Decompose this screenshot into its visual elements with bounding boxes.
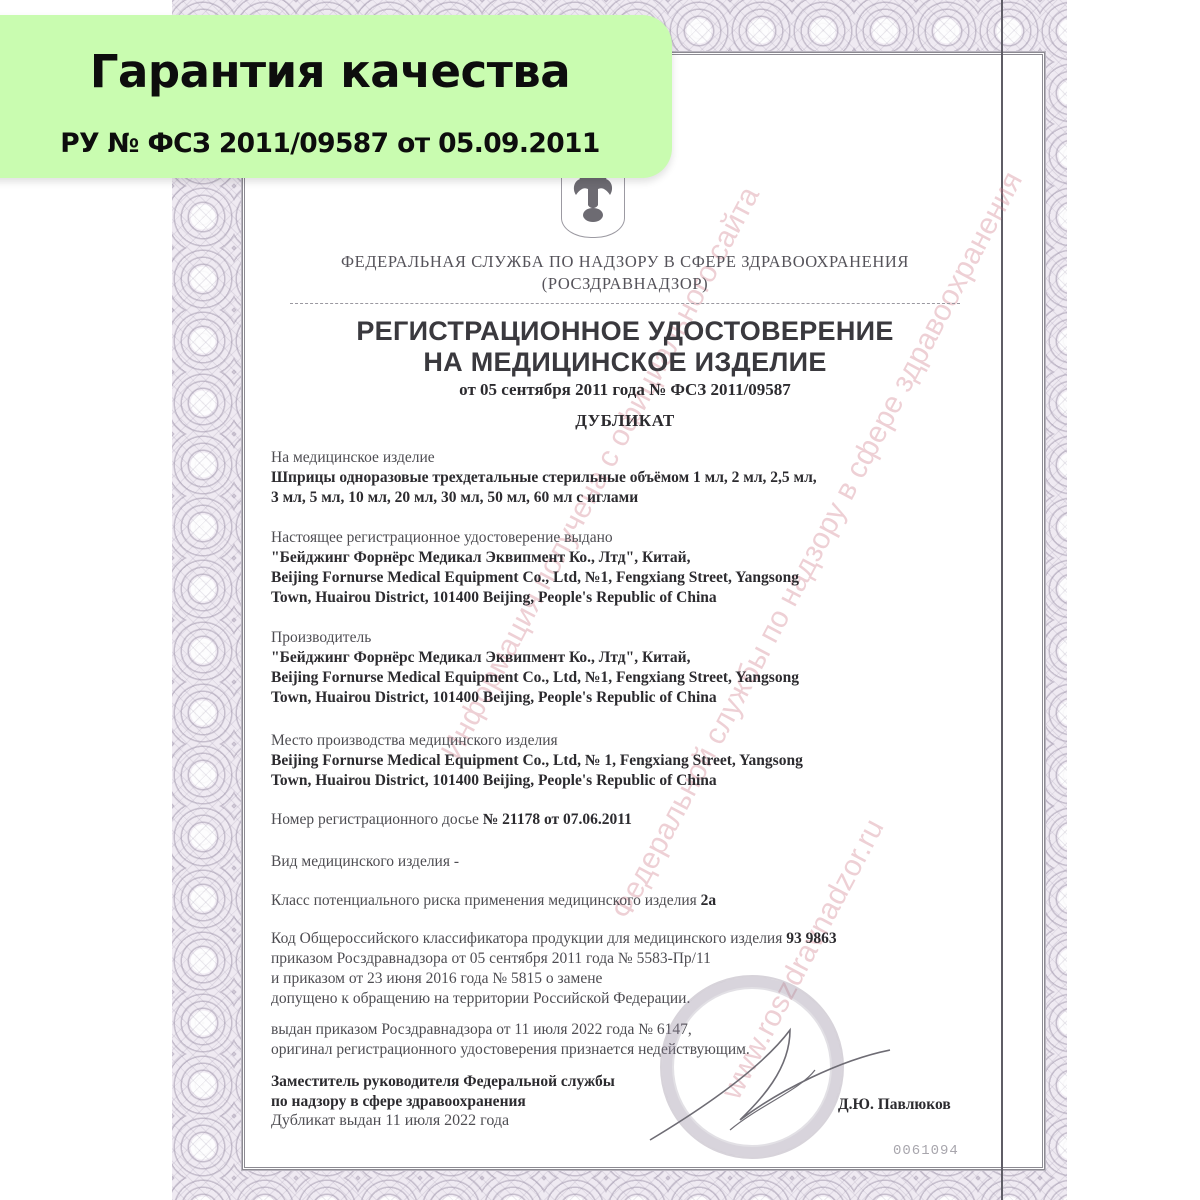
agency-abbreviation: (РОСЗДРАВНАДЗОР)	[290, 273, 960, 295]
device-type-section: Вид медицинского изделия -	[271, 852, 971, 872]
title-line-2: НА МЕДИЦИНСКОЕ ИЗДЕЛИЕ	[290, 347, 960, 378]
risk-class-value: 2а	[701, 892, 717, 909]
certificate-date-number: от 05 сентября 2011 года № ФСЗ 2011/0958…	[290, 380, 960, 400]
risk-class-section: Класс потенциального риска применения ме…	[271, 891, 971, 911]
title-line-1: РЕГИСТРАЦИОННОЕ УДОСТОВЕРЕНИЕ	[290, 316, 960, 347]
production-address: Beijing Fornurse Medical Equipment Co., …	[271, 751, 971, 771]
agency-header: ФЕДЕРАЛЬНАЯ СЛУЖБА ПО НАДЗОРУ В СФЕРЕ ЗД…	[290, 251, 960, 295]
manufacturer-address-cont: Town, Huairou District, 101400 Beijing, …	[271, 688, 971, 708]
dossier-section: Номер регистрационного досье № 21178 от …	[271, 810, 971, 830]
okp-section: Код Общероссийского классификатора проду…	[271, 929, 971, 1009]
serial-number: 0061094	[893, 1143, 959, 1159]
section-label: На медицинское изделие	[271, 448, 971, 468]
manufacturer-section: Производитель "Бейджинг Форнёрс Медикал …	[271, 628, 971, 708]
manufacturer-name-ru: "Бейджинг Форнёрс Медикал Эквипмент Ко.,…	[271, 648, 971, 668]
risk-class-label: Класс потенциального риска применения ме…	[271, 892, 701, 909]
dossier-number: № 21178 от 07.06.2011	[483, 811, 632, 828]
signatory-title: Заместитель руководителя Федеральной слу…	[271, 1072, 615, 1112]
banner-registration-number: РУ № ФСЗ 2011/09587 от 05.09.2011	[0, 128, 660, 159]
holder-address: Beijing Fornurse Medical Equipment Co., …	[271, 568, 971, 588]
header-divider	[290, 303, 960, 304]
signatory-title-line: по надзору в сфере здравоохранения	[271, 1092, 615, 1112]
banner-title: Гарантия качества	[0, 45, 660, 98]
section-label: Место производства медицинского изделия	[271, 731, 971, 751]
agency-name: ФЕДЕРАЛЬНАЯ СЛУЖБА ПО НАДЗОРУ В СФЕРЕ ЗД…	[290, 251, 960, 273]
holder-name-ru: "Бейджинг Форнёрс Медикал Эквипмент Ко.,…	[271, 548, 971, 568]
order-line: и приказом от 23 июня 2016 года № 5815 о…	[271, 969, 971, 989]
duplicate-label: ДУБЛИКАТ	[290, 411, 960, 431]
signatory-title-line: Заместитель руководителя Федеральной слу…	[271, 1072, 615, 1092]
device-type-label: Вид медицинского изделия -	[271, 853, 459, 870]
order-line: приказом Росздравнадзора от 05 сентября …	[271, 949, 971, 969]
okp-code: 93 9863	[786, 930, 836, 947]
signature-icon	[640, 1010, 900, 1150]
holder-address-cont: Town, Huairou District, 101400 Beijing, …	[271, 588, 971, 608]
okp-label: Код Общероссийского классификатора проду…	[271, 930, 786, 947]
device-name-cont: 3 мл, 5 мл, 10 мл, 20 мл, 30 мл, 50 мл, …	[271, 488, 971, 508]
production-address-cont: Town, Huairou District, 101400 Beijing, …	[271, 771, 971, 791]
issued-to-section: Настоящее регистрационное удостоверение …	[271, 528, 971, 608]
signatory-name: Д.Ю. Павлюков	[838, 1096, 951, 1114]
production-site-section: Место производства медицинского изделия …	[271, 731, 971, 791]
order-line: допущено к обращению на территории Росси…	[271, 989, 971, 1009]
device-name: Шприцы одноразовые трехдетальные стериль…	[271, 468, 971, 488]
certificate-title: РЕГИСТРАЦИОННОЕ УДОСТОВЕРЕНИЕ НА МЕДИЦИН…	[290, 316, 960, 378]
duplicate-issued-date: Дубликат выдан 11 июля 2022 года	[271, 1112, 509, 1130]
manufacturer-address: Beijing Fornurse Medical Equipment Co., …	[271, 668, 971, 688]
certificate-document: ФЕДЕРАЛЬНАЯ СЛУЖБА ПО НАДЗОРУ В СФЕРЕ ЗД…	[0, 0, 1200, 1200]
device-section: На медицинское изделие Шприцы одноразовы…	[271, 448, 971, 508]
section-label: Производитель	[271, 628, 971, 648]
section-label: Настоящее регистрационное удостоверение …	[271, 528, 971, 548]
quality-guarantee-banner: Гарантия качества РУ № ФСЗ 2011/09587 от…	[0, 15, 672, 178]
dossier-label: Номер регистрационного досье	[271, 811, 483, 828]
